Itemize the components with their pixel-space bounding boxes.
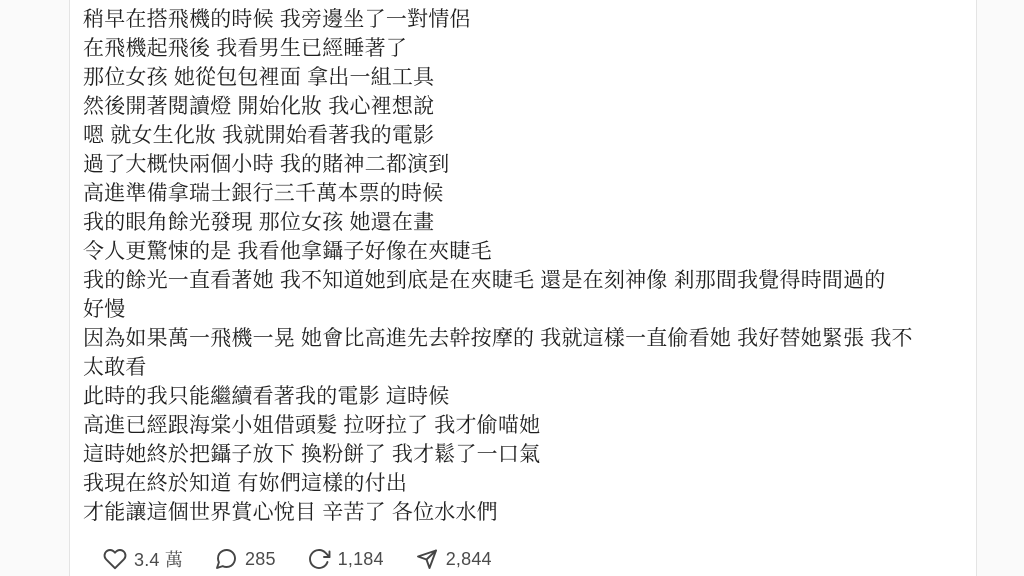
post-text-line: 嗯 就女生化妝 我就開始看著我的電影: [83, 121, 963, 150]
post-text-line: 過了大概快兩個小時 我的賭神二都演到: [83, 150, 963, 179]
post-card: 稍早在搭飛機的時候 我旁邊坐了一對情侶在飛機起飛後 我看男生已經睡著了那位女孩 …: [69, 0, 977, 576]
repost-count: 1,184: [338, 549, 384, 570]
post-text-line: 此時的我只能繼續看著我的電影 這時候: [83, 382, 963, 411]
like-count: 3.4 萬: [134, 546, 183, 572]
comment-count: 285: [245, 549, 276, 570]
post-text-line: 高進準備拿瑞士銀行三千萬本票的時候: [83, 179, 963, 208]
post-text-line: 因為如果萬一飛機一晃 她會比高進先去幹按摩的 我就這樣一直偷看她 我好替她緊張 …: [83, 324, 963, 353]
repost-icon: [307, 547, 331, 571]
repost-button[interactable]: 1,184: [307, 547, 384, 571]
post-text-line: 在飛機起飛後 我看男生已經睡著了: [83, 34, 963, 63]
post-text: 稍早在搭飛機的時候 我旁邊坐了一對情侶在飛機起飛後 我看男生已經睡著了那位女孩 …: [70, 0, 976, 527]
share-icon: [415, 547, 439, 571]
post-text-line: 好慢: [83, 295, 963, 324]
post-text-line: 令人更驚悚的是 我看他拿鑷子好像在夾睫毛: [83, 237, 963, 266]
heart-icon: [103, 547, 127, 571]
post-text-line: 然後開著閱讀燈 開始化妝 我心裡想說: [83, 92, 963, 121]
post-text-line: 我現在終於知道 有妳們這樣的付出: [83, 469, 963, 498]
share-count: 2,844: [446, 549, 492, 570]
page: 稍早在搭飛機的時候 我旁邊坐了一對情侶在飛機起飛後 我看男生已經睡著了那位女孩 …: [0, 0, 1024, 576]
post-text-line: 太敢看: [83, 353, 963, 382]
post-text-line: 高進已經跟海棠小姐借頭髮 拉呀拉了 我才偷喵她: [83, 411, 963, 440]
post-text-line: 那位女孩 她從包包裡面 拿出一組工具: [83, 63, 963, 92]
post-text-line: 我的眼角餘光發現 那位女孩 她還在畫: [83, 208, 963, 237]
like-button[interactable]: 3.4 萬: [103, 546, 183, 572]
post-text-line: 才能讓這個世界賞心悅目 辛苦了 各位水水們: [83, 498, 963, 527]
post-text-line: 這時她終於把鑷子放下 換粉餅了 我才鬆了一口氣: [83, 440, 963, 469]
post-text-line: 稍早在搭飛機的時候 我旁邊坐了一對情侶: [83, 5, 963, 34]
post-text-line: 我的餘光一直看著她 我不知道她到底是在夾睫毛 還是在刻神像 剎那間我覺得時間過的: [83, 266, 963, 295]
comment-icon: [214, 547, 238, 571]
comment-button[interactable]: 285: [214, 547, 276, 571]
post-action-bar: 3.4 萬 285 1,184: [103, 546, 976, 572]
share-button[interactable]: 2,844: [415, 547, 492, 571]
